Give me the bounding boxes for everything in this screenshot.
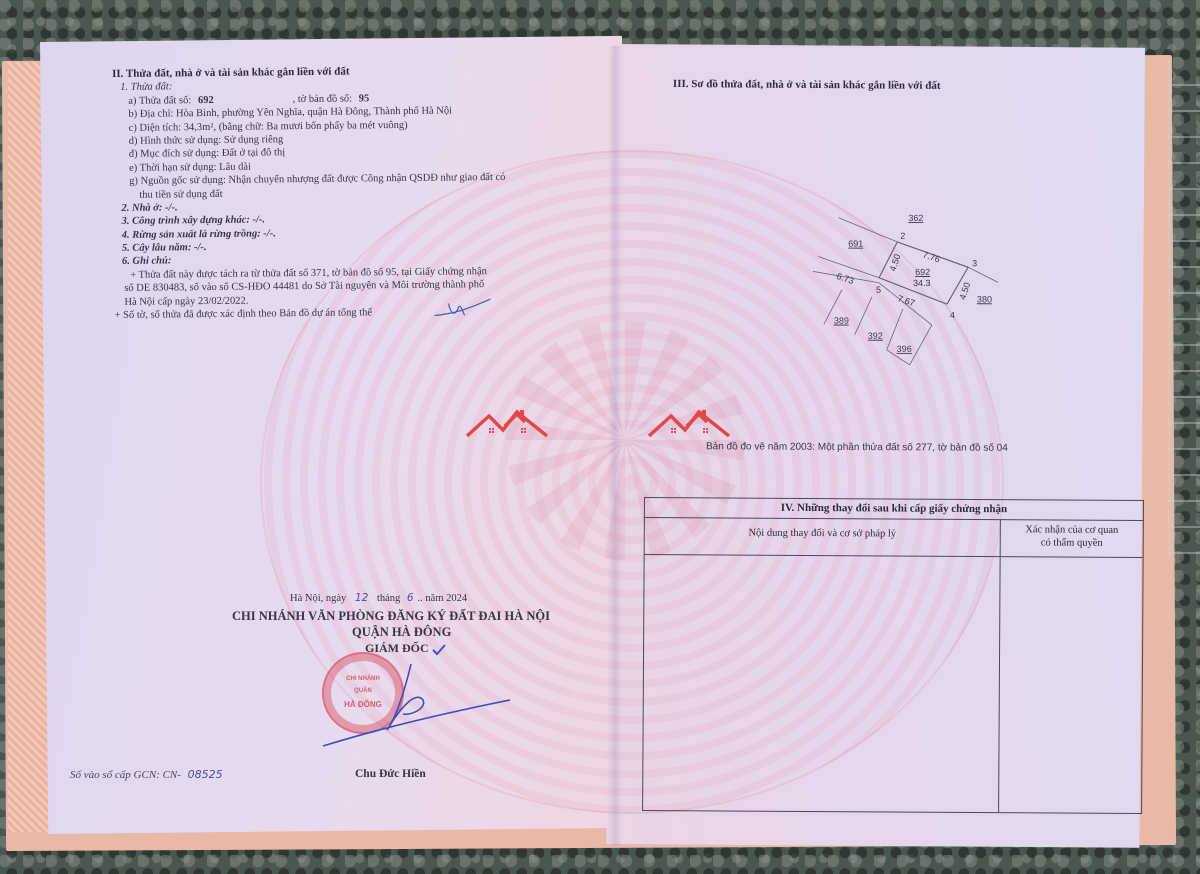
svg-text:396: 396 (897, 344, 912, 354)
svg-text:4.50: 4.50 (957, 281, 972, 301)
section-iii-title: III. Sơ đồ thửa đất, nhà ở và tài sản kh… (673, 78, 941, 93)
signing-month: 6 (407, 592, 414, 604)
plot-number: 692 (198, 93, 290, 107)
agency-district: QUẬN HÀ ĐÔNG (352, 626, 451, 639)
svg-text:392: 392 (868, 331, 883, 341)
svg-text:362: 362 (908, 213, 923, 223)
background-binder (1168, 60, 1200, 560)
column-header-content: Nội dung thay đổi và cơ sở pháp lý (645, 518, 1000, 557)
map-survey-note: Bản đồ đo vẽ năm 2003: Một phần thửa đất… (706, 440, 1008, 455)
svg-text:380: 380 (977, 294, 992, 304)
signing-date: Hà Nội, ngày 12 tháng 6.. năm 2024 (290, 592, 467, 605)
map-sheet-label: , tờ bản đồ số: (292, 93, 352, 105)
section-land-info: II. Thửa đất, nhà ở và tài sản khác gắn … (112, 64, 507, 323)
plot-number-label: a) Thửa đất số: (128, 95, 191, 107)
svg-text:7.76: 7.76 (922, 249, 942, 264)
page-spine (608, 46, 622, 846)
svg-text:7.67: 7.67 (896, 293, 916, 308)
house-roof-logo-icon (647, 408, 737, 436)
column-header-confirmation: Xác nhận của cơ quan có thẩm quyền (1001, 520, 1143, 558)
svg-text:2: 2 (900, 231, 905, 241)
signing-day: 12 (355, 592, 368, 604)
plot-diagram: 23457.764.507.674.506.7369234.3362691380… (800, 204, 1041, 375)
svg-text:6.73: 6.73 (835, 271, 855, 286)
initials-signature-icon (432, 297, 492, 320)
svg-text:692: 692 (915, 267, 930, 277)
signer-name: Chu Đức Hiền (355, 768, 426, 781)
director-signature-icon (315, 660, 515, 760)
changes-table: IV. Những thay đổi sau khi cấp giấy chứn… (642, 497, 1144, 814)
agency-name: CHI NHÁNH VĂN PHÒNG ĐĂNG KÝ ĐẤT ĐAI HÀ N… (232, 610, 550, 623)
svg-text:389: 389 (834, 316, 849, 326)
certificate-register-number: Số vào sổ cấp GCN: CN- 08525 (70, 768, 223, 782)
svg-text:4: 4 (950, 310, 955, 320)
map-sheet-number: 95 (359, 93, 370, 104)
svg-text:691: 691 (848, 239, 863, 249)
house-roof-logo-icon (465, 408, 555, 436)
table-divider (998, 520, 1001, 812)
svg-text:34.3: 34.3 (913, 278, 931, 288)
svg-text:3: 3 (972, 258, 977, 268)
svg-text:5: 5 (876, 285, 881, 295)
checkmark-icon (432, 644, 446, 656)
